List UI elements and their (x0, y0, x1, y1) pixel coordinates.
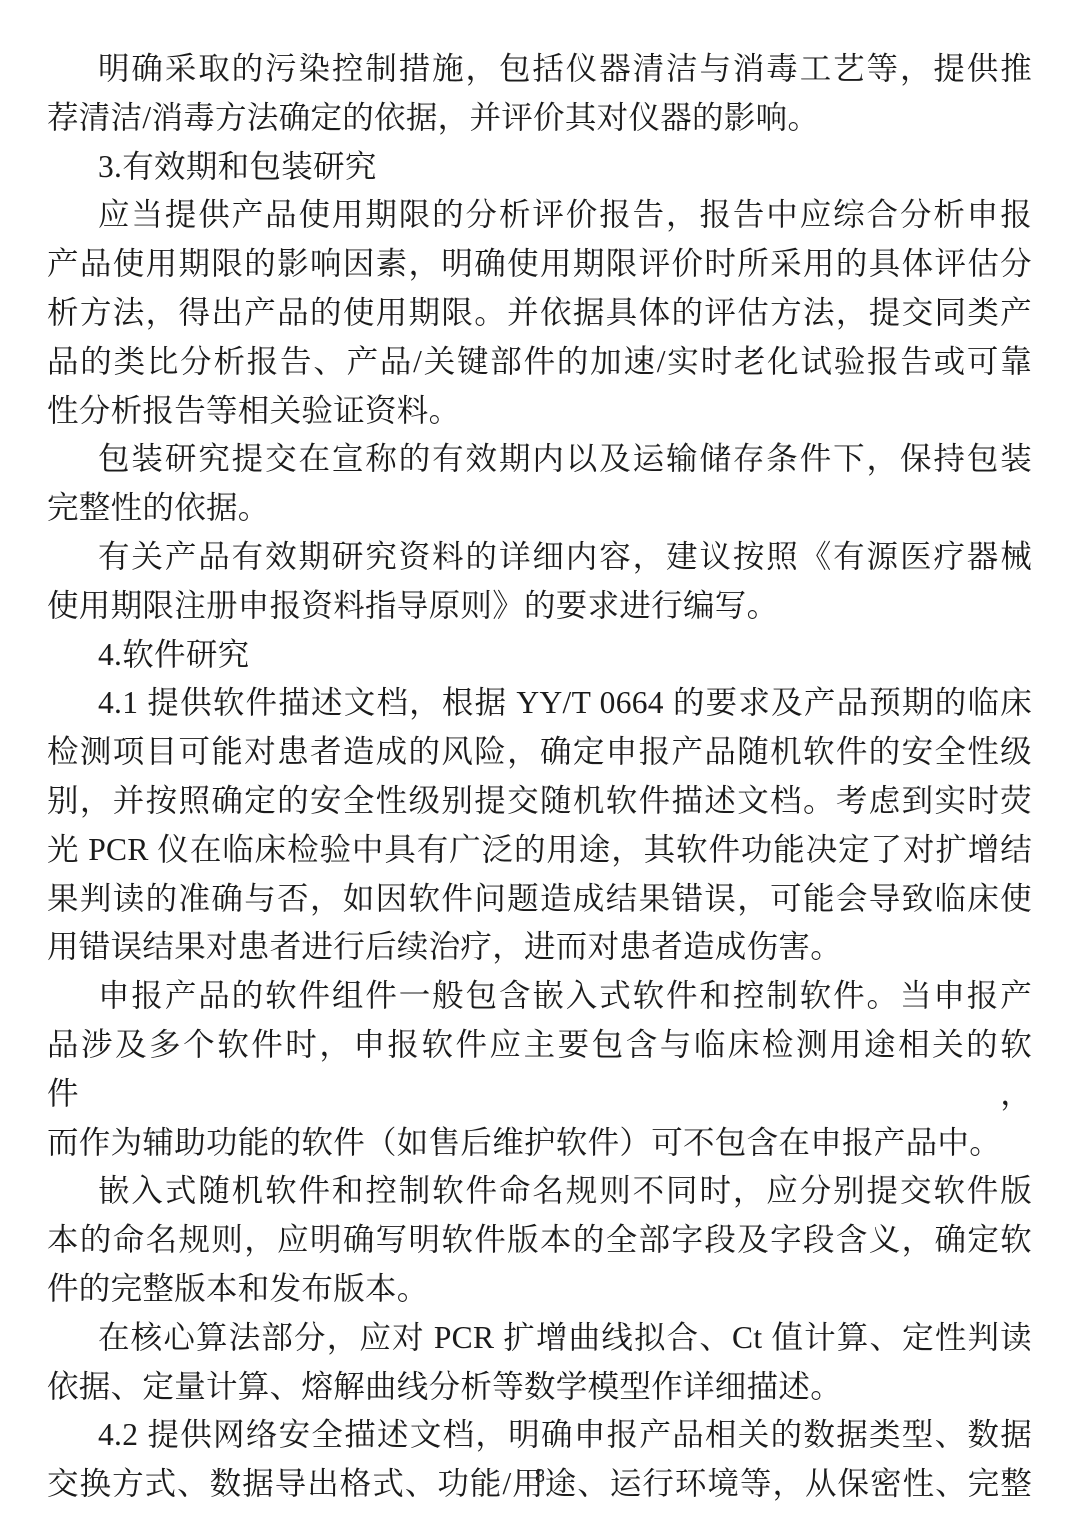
text-line: 析方法，得出产品的使用期限。并依据具体的评估方法，提交同类产 (47, 289, 1032, 338)
text-line: 果判读的准确与否，如因软件问题造成结果错误，可能会导致临床使 (47, 875, 1032, 924)
text-line: 件的完整版本和发布版本。 (47, 1265, 1032, 1314)
text-line: 别，并按照确定的安全性级别提交随机软件描述文档。考虑到实时荧 (47, 777, 1032, 826)
text-line: 品涉及多个软件时，申报软件应主要包含与临床检测用途相关的软件， (47, 1021, 1032, 1119)
page-number: 8 (535, 1466, 545, 1486)
text-line: 包装研究提交在宣称的有效期内以及运输储存条件下，保持包装 (47, 435, 1032, 484)
document-page: 明确采取的污染控制措施，包括仪器清洁与消毒工艺等，提供推荐清洁/消毒方法确定的依… (0, 0, 1080, 1526)
text-line: 光 PCR 仪在临床检验中具有广泛的用途，其软件功能决定了对扩增结 (47, 826, 1032, 875)
text-line: 用错误结果对患者进行后续治疗，进而对患者造成伤害。 (47, 923, 1032, 972)
text-line: 在核心算法部分，应对 PCR 扩增曲线拟合、Ct 值计算、定性判读 (47, 1314, 1032, 1363)
text-line: 荐清洁/消毒方法确定的依据，并评价其对仪器的影响。 (47, 94, 1032, 143)
text-line: 检测项目可能对患者造成的风险，确定申报产品随机软件的安全性级 (47, 728, 1032, 777)
text-line: 本的命名规则，应明确写明软件版本的全部字段及字段含义，确定软 (47, 1216, 1032, 1265)
document-body: 明确采取的污染控制措施，包括仪器清洁与消毒工艺等，提供推荐清洁/消毒方法确定的依… (47, 45, 1032, 1509)
text-line: 明确采取的污染控制措施，包括仪器清洁与消毒工艺等，提供推 (47, 45, 1032, 94)
page-footer: 8 (0, 1466, 1080, 1487)
text-line: 应当提供产品使用期限的分析评价报告，报告中应综合分析申报 (47, 191, 1032, 240)
text-line: 4.2 提供网络安全描述文档，明确申报产品相关的数据类型、数据 (47, 1411, 1032, 1460)
text-line: 而作为辅助功能的软件（如售后维护软件）可不包含在申报产品中。 (47, 1119, 1032, 1168)
text-line: 4.软件研究 (47, 631, 1032, 680)
text-line: 完整性的依据。 (47, 484, 1032, 533)
text-line: 4.1 提供软件描述文档，根据 YY/T 0664 的要求及产品预期的临床 (47, 679, 1032, 728)
text-line: 依据、定量计算、熔解曲线分析等数学模型作详细描述。 (47, 1363, 1032, 1412)
text-line: 嵌入式随机软件和控制软件命名规则不同时，应分别提交软件版 (47, 1167, 1032, 1216)
text-line: 申报产品的软件组件一般包含嵌入式软件和控制软件。当申报产 (47, 972, 1032, 1021)
text-line: 性分析报告等相关验证资料。 (47, 387, 1032, 436)
text-line: 3.有效期和包装研究 (47, 143, 1032, 192)
text-line: 使用期限注册申报资料指导原则》的要求进行编写。 (47, 582, 1032, 631)
text-line: 产品使用期限的影响因素，明确使用期限评价时所采用的具体评估分 (47, 240, 1032, 289)
text-line: 有关产品有效期研究资料的详细内容，建议按照《有源医疗器械 (47, 533, 1032, 582)
text-line: 品的类比分析报告、产品/关键部件的加速/实时老化试验报告或可靠 (47, 338, 1032, 387)
